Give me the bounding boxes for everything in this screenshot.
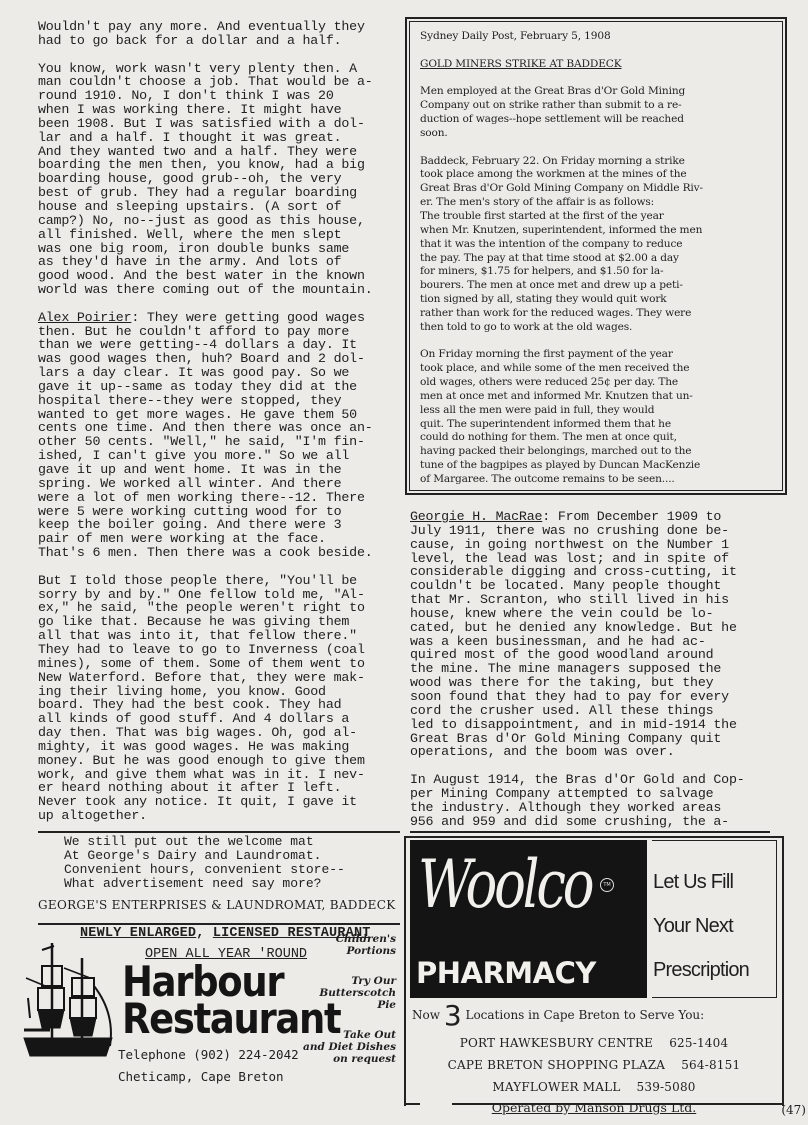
woolco-logo: Woolco xyxy=(418,846,591,923)
news-paragraph: On Friday morning the first payment of t… xyxy=(420,348,774,486)
harbour-restaurant-ad: NEWLY ENLARGED, LICENSED RESTAURANT OPEN… xyxy=(20,926,400,1086)
harbour-phone: Telephone (902) 224-2042 xyxy=(118,1047,299,1062)
speaker-text: : From December 1909 to July 1911, there… xyxy=(410,509,737,759)
speaker-paragraph: Alex Poirier: They were getting good wag… xyxy=(38,311,398,560)
woolco-slogan: Let Us Fill Your Next Prescription xyxy=(652,840,777,998)
location-name: CAPE BRETON SHOPPING PLAZA xyxy=(448,1058,666,1072)
feature-take-out: Take Out and Diet Dishes on request xyxy=(296,1029,396,1065)
slogan-line: Let Us Fill xyxy=(653,871,733,894)
tagline-separator: , xyxy=(196,926,213,941)
paragraph: In August 1914, the Bras d'Or Gold and C… xyxy=(410,773,795,828)
divider xyxy=(404,1103,420,1105)
george-enterprises-ad: We still put out the welcome mat At Geor… xyxy=(38,835,400,912)
right-column-text: Georgie H. MacRae: From December 1909 to… xyxy=(410,510,795,842)
divider xyxy=(38,831,400,833)
news-paragraph: Men employed at the Great Bras d'Or Gold… xyxy=(420,85,774,140)
divider xyxy=(410,831,770,833)
paragraph: You know, work wasn't very plenty then. … xyxy=(38,62,398,297)
feature-childrens-portions: Children's Portions xyxy=(296,933,396,957)
location-phone: 539-5080 xyxy=(637,1080,696,1094)
now-label: Now xyxy=(412,1008,440,1022)
location-row: CAPE BRETON SHOPPING PLAZA 564-8151 xyxy=(406,1054,782,1076)
slogan-line: Your Next xyxy=(653,915,733,938)
operated-by: Operated by Manson Drugs Ltd. xyxy=(406,1098,782,1118)
paragraph: But I told those people there, "You'll b… xyxy=(38,574,398,823)
woolco-pharmacy-ad: Woolco TM PHARMACY Let Us Fill Your Next… xyxy=(404,836,784,1106)
page-number: (47) xyxy=(781,1103,806,1117)
tagline-part: NEWLY ENLARGED xyxy=(80,926,196,941)
news-clipping-box: Sydney Daily Post, February 5, 1908 GOLD… xyxy=(405,17,787,495)
woolco-logo-panel: Woolco TM PHARMACY xyxy=(410,840,647,998)
locations-intro: Now 3 Locations in Cape Breton to Serve … xyxy=(406,999,782,1032)
pharmacy-label: PHARMACY xyxy=(416,956,596,990)
divider xyxy=(38,923,400,925)
paragraph: Wouldn't pay any more. And eventually th… xyxy=(38,20,398,48)
ad-footer: GEORGE'S ENTERPRISES & LAUNDROMAT, BADDE… xyxy=(38,898,400,912)
ad-poem: We still put out the welcome mat At Geor… xyxy=(64,835,400,890)
location-row: MAYFLOWER MALL 539-5080 xyxy=(406,1076,782,1098)
divider xyxy=(452,1103,784,1105)
location-name: PORT HAWKESBURY CENTRE xyxy=(460,1036,653,1050)
ship-icon xyxy=(20,938,120,1063)
location-count: 3 xyxy=(444,999,462,1032)
speaker-name: Georgie H. MacRae xyxy=(410,509,542,524)
location-phone: 625-1404 xyxy=(669,1036,728,1050)
news-paragraph: Baddeck, February 22. On Friday morning … xyxy=(420,155,774,335)
news-headline: GOLD MINERS STRIKE AT BADDECK xyxy=(420,58,774,72)
locations-text: Locations in Cape Breton to Serve You: xyxy=(465,1008,704,1022)
feature-butterscotch-pie: Try Our Butterscotch Pie xyxy=(296,975,396,1011)
slogan-line: Prescription xyxy=(653,959,749,982)
woolco-locations: Now 3 Locations in Cape Breton to Serve … xyxy=(406,999,782,1118)
location-row: PORT HAWKESBURY CENTRE 625-1404 xyxy=(406,1032,782,1054)
speaker-text: : They were getting good wages then. But… xyxy=(38,310,373,560)
speaker-paragraph: Georgie H. MacRae: From December 1909 to… xyxy=(410,510,795,759)
location-name: MAYFLOWER MALL xyxy=(492,1080,620,1094)
harbour-location: Cheticamp, Cape Breton xyxy=(118,1069,284,1084)
news-source: Sydney Daily Post, February 5, 1908 xyxy=(420,30,774,44)
location-phone: 564-8151 xyxy=(681,1058,740,1072)
speaker-name: Alex Poirier xyxy=(38,310,131,325)
harbour-features: Children's Portions Try Our Butterscotch… xyxy=(296,933,396,1083)
trademark-icon: TM xyxy=(600,878,614,892)
left-column-text: Wouldn't pay any more. And eventually th… xyxy=(38,20,398,837)
